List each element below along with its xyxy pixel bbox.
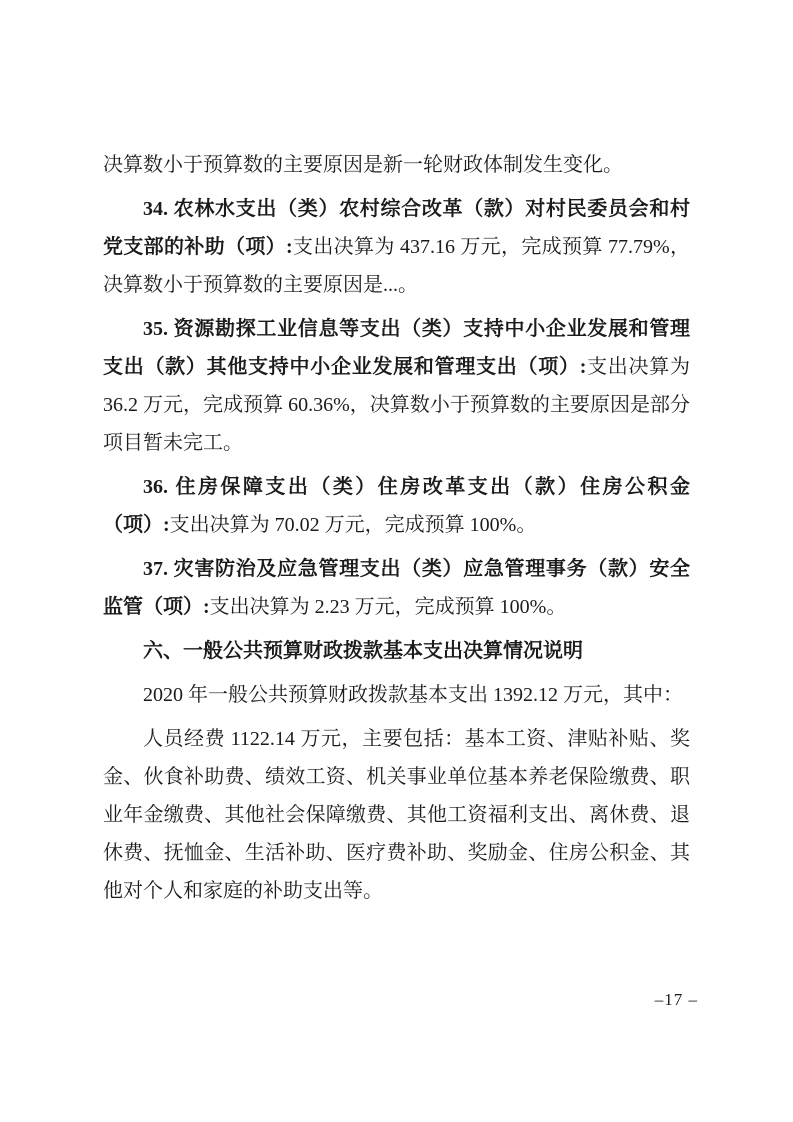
item-36-body: 支出决算为 70.02 万元，完成预算 100%。 — [170, 514, 537, 536]
page-footer: –17 – — [655, 988, 698, 1012]
item-37-body: 支出决算为 2.23 万元，完成预算 100%。 — [210, 596, 567, 618]
page-number: –17 – — [655, 990, 698, 1009]
section-heading: 六、一般公共预算财政拨款基本支出决算情况说明 — [103, 632, 690, 670]
document-page: 决算数小于预算数的主要原因是新一轮财政体制发生变化。 34. 农林水支出（类）农… — [0, 0, 793, 1122]
paragraph-total-expenditure: 2020 年一般公共预算财政拨款基本支出 1392.12 万元，其中： — [103, 676, 690, 714]
paragraph-item-36: 36. 住房保障支出（类）住房改革支出（款）住房公积金（项）:支出决算为 70.… — [103, 468, 690, 544]
document-body: 决算数小于预算数的主要原因是新一轮财政体制发生变化。 34. 农林水支出（类）农… — [103, 146, 690, 916]
paragraph-continuation: 决算数小于预算数的主要原因是新一轮财政体制发生变化。 — [103, 146, 690, 184]
paragraph-item-37: 37. 灾害防治及应急管理支出（类）应急管理事务（款）安全监管（项）:支出决算为… — [103, 550, 690, 626]
paragraph-personnel-expenses: 人员经费 1122.14 万元，主要包括：基本工资、津贴补贴、奖金、伙食补助费、… — [103, 720, 690, 910]
paragraph-item-34: 34. 农林水支出（类）农村综合改革（款）对村民委员会和村党支部的补助（项）:支… — [103, 190, 690, 304]
paragraph-item-35: 35. 资源勘探工业信息等支出（类）支持中小企业发展和管理支出（款）其他支持中小… — [103, 310, 690, 462]
